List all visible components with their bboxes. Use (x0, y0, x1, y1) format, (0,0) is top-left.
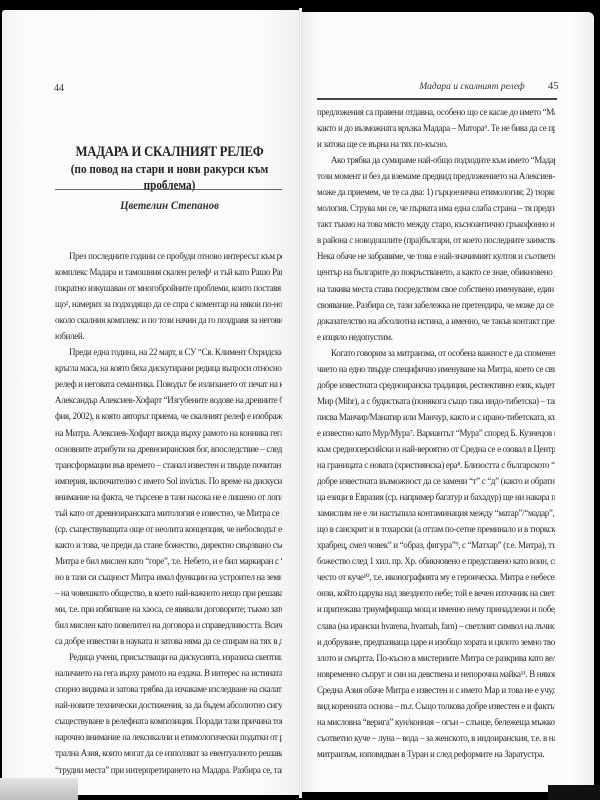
text-line: такт тъкмо на това място между старо, къ… (317, 216, 555, 232)
text-line: трална Азия, които могат да се използват… (55, 745, 282, 761)
text-line: наличието на гега върху рамото на ездача… (55, 665, 282, 681)
text-line: комплекс Мадара и тамошния скален релеф¹… (55, 264, 282, 280)
text-line: бил мислен като повелител на договора и … (55, 617, 282, 633)
text-line: спорно видима и затова трябва да изчакам… (55, 681, 282, 697)
text-line: както и това, че преди да стане божество… (55, 537, 282, 553)
text-line: добре известната възможност да се замени… (317, 473, 555, 489)
text-line: и притежава триумфираща мощ и именно нем… (317, 601, 555, 617)
article-title: МАДАРА И СКАЛНИЯТ РЕЛЕФ (66, 143, 273, 161)
text-line: внимание на факта, че търсене в тази нас… (55, 489, 282, 505)
text-line: предложения са правени отдавна, особено … (317, 104, 555, 120)
text-line: слава (на ирански hvarena, hvarnah, farn… (317, 618, 555, 634)
text-line: (ср. съществуващата още от неолита конце… (55, 521, 282, 537)
text-line: вид коренната основа – m.r. Също толкова… (317, 698, 555, 714)
text-line: замислим не е ли настъпила контаминация … (317, 505, 555, 521)
text-line: империя, включително с името Sol invictu… (55, 473, 282, 489)
text-line: злото и смъртта. По-късно в мистериите М… (317, 650, 555, 666)
text-line: основните атрибути на древноиранския бог… (55, 441, 282, 457)
left-page-body-text: През последните години се пробуди отново… (55, 248, 282, 778)
text-line: както и до възможната връзка Мадара – Ма… (317, 120, 555, 136)
text-line: е известно като Мур/Мура⁷. Вариантът “Му… (317, 425, 555, 441)
text-line: може да приемем, че те са два: 1) гърцое… (317, 184, 555, 200)
text-line: Митра е бил мислен като “горе”, т.е. Неб… (55, 553, 282, 569)
text-line: божество след 1 хил. пр. Хр. обикновено … (317, 553, 555, 569)
text-line: е изцяло недопустим. (317, 329, 555, 345)
text-line: този момент и без да вземаме предвид пре… (317, 168, 555, 184)
text-line: що², намерих за подходящо да се спра с к… (55, 296, 282, 312)
page-number-right: 45 (548, 81, 559, 92)
text-line: Мир (Mihr), а с будистката (понякога същ… (317, 393, 555, 409)
text-line: онзи, който царува над звездното небе; т… (317, 585, 555, 601)
page-number-left: 44 (54, 83, 64, 94)
text-line: център на българите до покръстването, а … (317, 264, 555, 280)
text-line: ми, т.е. при избягване на хаоса, се явяв… (55, 601, 282, 617)
text-line: мология. Струва ми се, че първата има ед… (317, 200, 555, 216)
text-line: около скалния комплекс и по този начин д… (55, 312, 282, 328)
text-line: “трудни места” при интерпретирането на М… (55, 762, 282, 778)
text-line: съществуване в релефната композиция. Пор… (55, 713, 282, 729)
text-line: Редица учени, присъстващи на дискусията,… (55, 649, 282, 665)
running-header: Мадара и скалният релеф (402, 82, 542, 92)
text-line: и добруване, предпазваща царе и изобщо х… (317, 634, 555, 650)
text-line: Александър Алексиев-Хофарт “Изгубените в… (55, 392, 282, 408)
text-line: митраизъм, изповядван в Туран и след реф… (317, 746, 555, 762)
text-line: нарочно внимание на лексикални и етимоло… (55, 729, 282, 745)
left-page: 44 МАДАРА И СКАЛНИЯТ РЕЛЕФ (по повод на … (2, 10, 300, 795)
text-line: най-новите технически достижения, за да … (55, 697, 282, 713)
text-line: релеф и неговата семантика. Поводът бе и… (55, 376, 282, 392)
right-page-body-text: предложения са правени отдавна, особено … (317, 104, 555, 762)
text-line: храбрец, смел човек” и “образ, фигура”⁹,… (317, 537, 555, 553)
text-line: писва Манчир/Манатир или Манчур, както и… (317, 409, 555, 425)
text-line: Нека обаче не забравяме, че това е най-з… (317, 248, 555, 264)
text-line: към средноперсийски и най-вероятно от Ср… (317, 441, 555, 457)
text-line: трансформации във времето – станал извес… (55, 457, 282, 473)
text-line: на границата с новата (християнска) ера⁸… (317, 457, 555, 473)
text-line: новременно съпруг и син на девствена и н… (317, 666, 555, 682)
text-line: гократно изкушаван от многобройните проб… (55, 280, 282, 296)
text-line: на мисловна “верига” кун/конная – огън –… (317, 714, 555, 730)
text-line: често от куче¹⁰, т.е. иконографията му е… (317, 569, 555, 585)
header-divider (317, 98, 557, 100)
text-line: съответно куче – луна – вода – за женско… (317, 730, 555, 746)
text-line: но в тази си същност Митра имал функции … (55, 569, 282, 585)
text-line: що в санскрит и в тохарски (а оттам по-с… (317, 521, 555, 537)
text-line: са добре известни в науката и затова ням… (55, 633, 282, 649)
text-line: През последните години се пробуди отново… (55, 248, 282, 264)
text-line: Когато говорим за митраизма, от особена … (317, 345, 555, 361)
page-edge-stack (0, 778, 78, 800)
text-line: Средна Азия обаче Митра е известен и с и… (317, 682, 555, 698)
text-line: фия, 2002), в която авторът приема, че с… (55, 408, 282, 424)
scan-shadow-bottom (548, 785, 600, 800)
text-line: кръгла маса, на която бяха дискутирани р… (55, 360, 282, 376)
author-name: Цветелин Степанов (64, 198, 276, 213)
title-divider (55, 189, 282, 190)
text-line: чието на едно твърде специфично именуван… (317, 361, 555, 377)
text-line: Преди една година, на 22 март, в СУ “Св.… (55, 344, 282, 360)
right-page: Мадара и скалният релеф 45 предложения с… (302, 12, 594, 792)
text-line: Ако трябва да сумираме най-общо подходит… (317, 152, 555, 168)
text-line: – на човешкото общество, в което най-важ… (55, 585, 282, 601)
book-spread: 44 МАДАРА И СКАЛНИЯТ РЕЛЕФ (по повод на … (0, 0, 600, 800)
text-line: на Митра. Алексиев-Хофарт вижда върху ра… (55, 425, 282, 441)
text-line: добре известната средноиранска традиция,… (317, 377, 555, 393)
text-line: на такива места става посредством свое с… (317, 281, 555, 297)
text-line: в района с новодошлите (пра)българи, от … (317, 232, 555, 248)
text-line: юбилей. (55, 328, 282, 344)
text-line: и затова ще се върна на тях по-късно. (317, 136, 555, 152)
text-line: доказателство на абсолютна истина, а име… (317, 313, 555, 329)
text-line: ца езици в Евразия (ср. например багатур… (317, 489, 555, 505)
text-line: своявание. Разбира се, тази забележка не… (317, 297, 555, 313)
text-line: тъй като от древноиранската митология е … (55, 505, 282, 521)
